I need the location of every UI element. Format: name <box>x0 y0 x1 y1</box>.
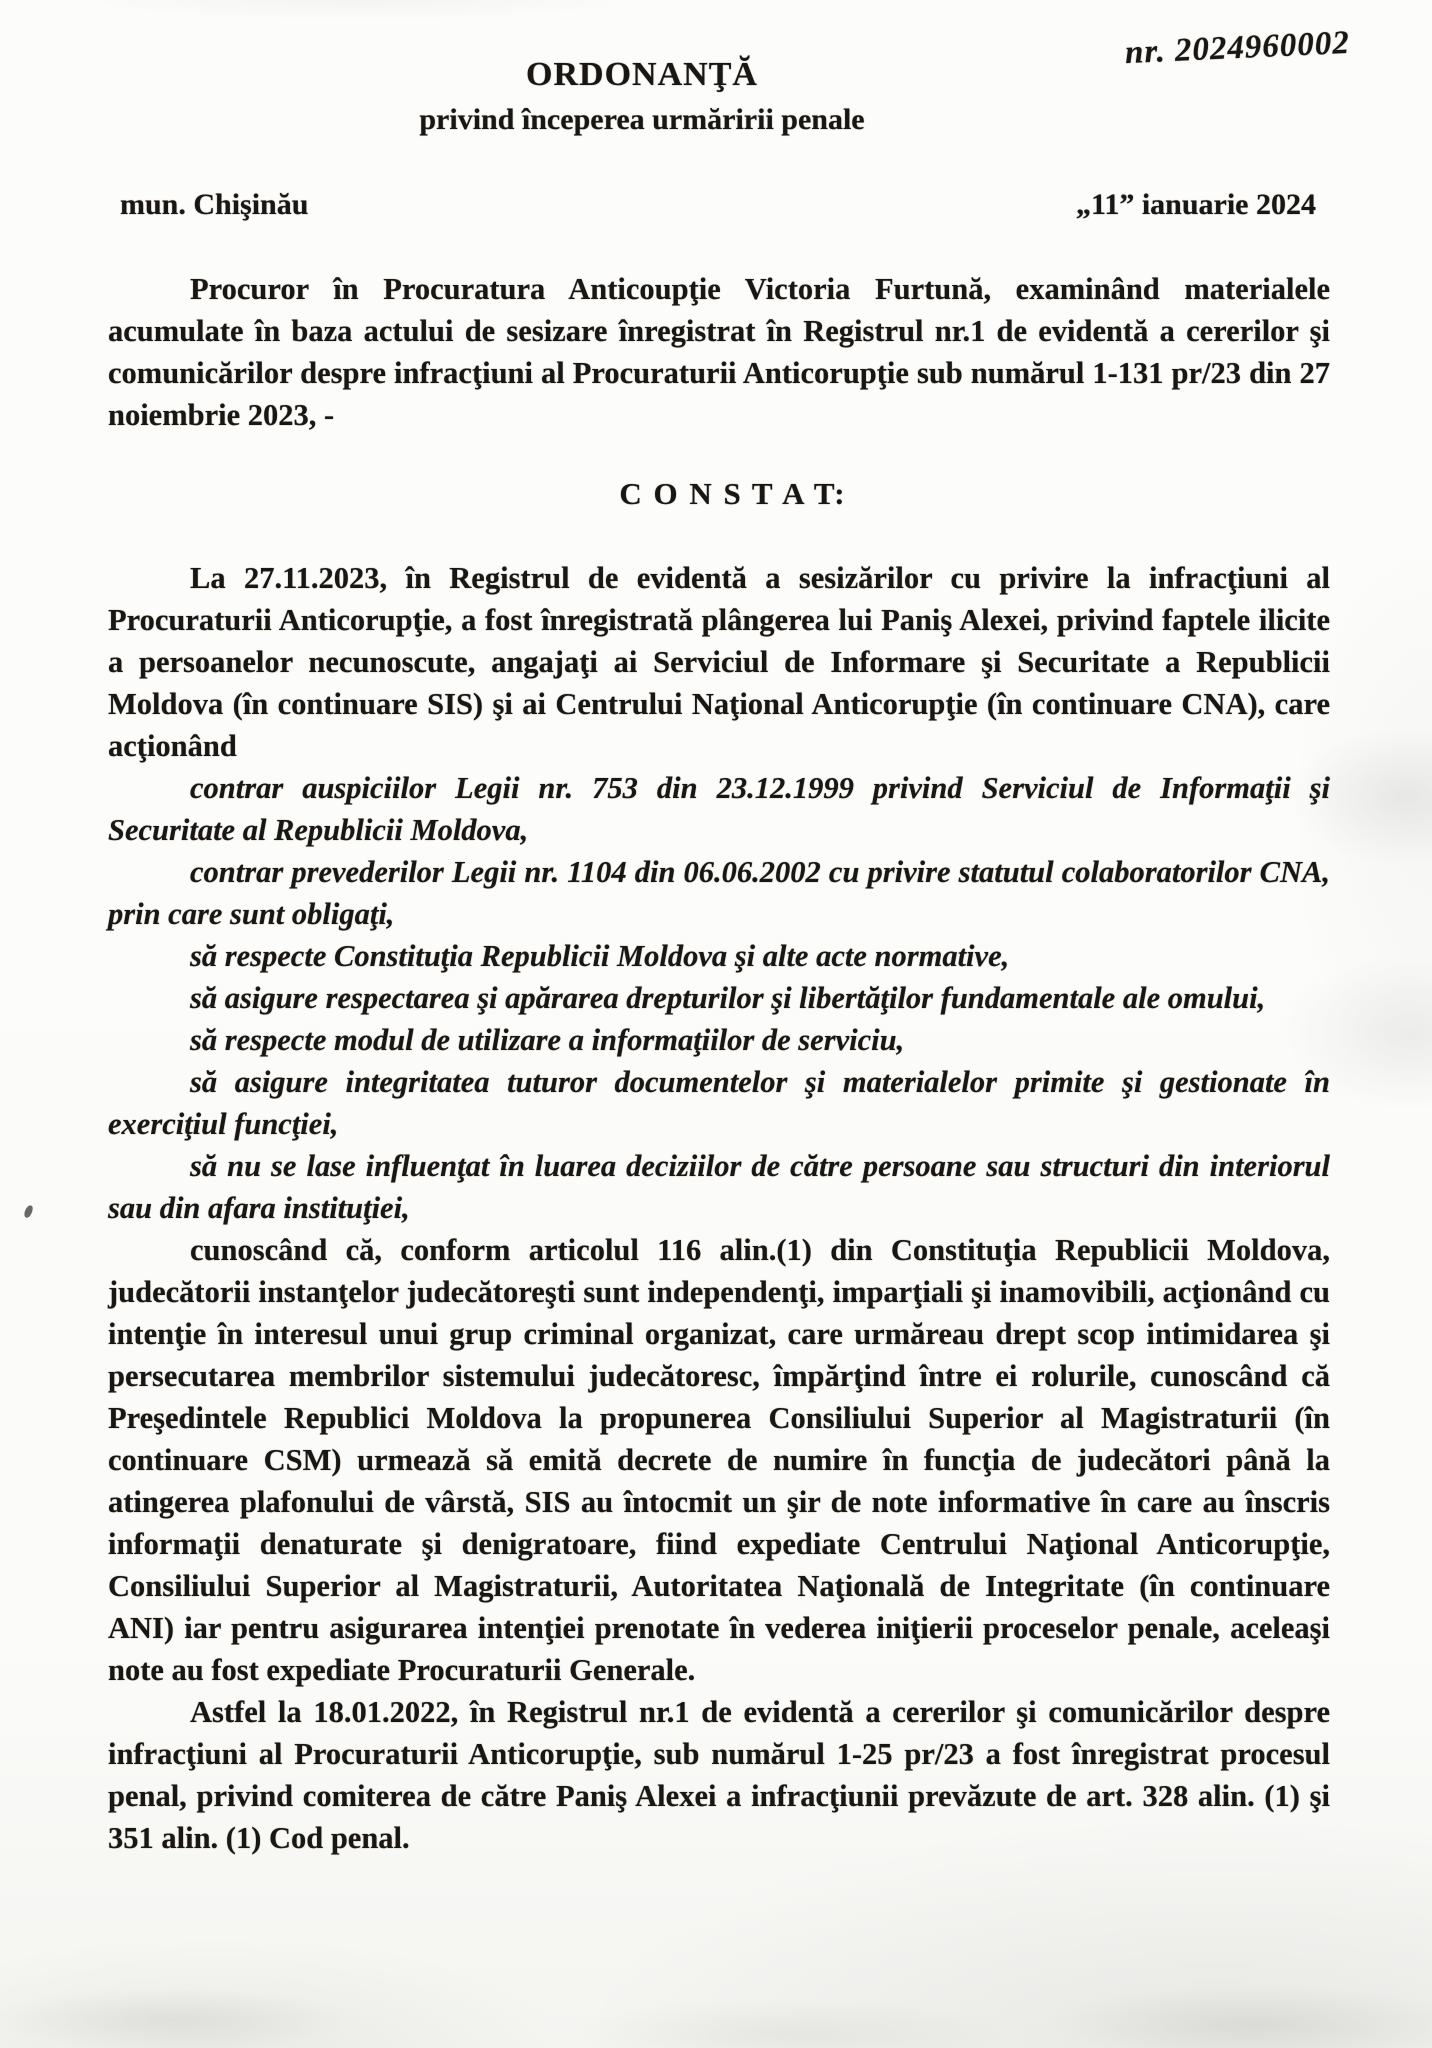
obligation-paragraph: să respecte Constituţia Republicii Moldo… <box>108 935 1330 977</box>
date-label: „11” ianuarie 2024 <box>1076 188 1316 222</box>
document-heading: ORDONANŢĂ privind începerea urmăririi pe… <box>0 56 1284 137</box>
obligation-paragraph: contrar auspiciilor Legii nr. 753 din 23… <box>108 767 1330 851</box>
body-paragraph: La 27.11.2023, în Registrul de evidentă … <box>108 557 1330 767</box>
intro-paragraph: Procuror în Procuratura Anticoupţie Vict… <box>108 268 1330 436</box>
section-heading: C O N S T A T: <box>108 473 1330 515</box>
document-title: ORDONANŢĂ <box>0 56 1284 94</box>
body-paragraph: cunoscând că, conform articolul 116 alin… <box>108 1229 1330 1691</box>
obligation-paragraph: să respecte modul de utilizare a informa… <box>108 1019 1330 1061</box>
obligation-paragraph: să asigure respectarea şi apărarea drept… <box>108 977 1330 1019</box>
place-label: mun. Chişinău <box>120 188 308 222</box>
body-paragraph: Astfel la 18.01.2022, în Registrul nr.1 … <box>108 1691 1330 1859</box>
body-paragraphs: La 27.11.2023, în Registrul de evidentă … <box>108 557 1330 1859</box>
obligation-paragraph: contrar prevederilor Legii nr. 1104 din … <box>108 851 1330 935</box>
document-subtitle: privind începerea urmăririi penale <box>0 103 1284 137</box>
document-body: Procuror în Procuratura Anticoupţie Vict… <box>108 268 1330 1859</box>
scan-speck <box>23 1204 34 1219</box>
document-page: nr. 2024960002 ORDONANŢĂ privind începer… <box>0 0 1432 2048</box>
scan-shadow-bottom <box>0 1953 1432 2048</box>
obligation-paragraph: să asigure integritatea tuturor document… <box>108 1061 1330 1145</box>
place-date-row: mun. Chişinău „11” ianuarie 2024 <box>120 188 1316 222</box>
obligation-paragraph: să nu se lase influenţat în luarea deciz… <box>108 1145 1330 1229</box>
